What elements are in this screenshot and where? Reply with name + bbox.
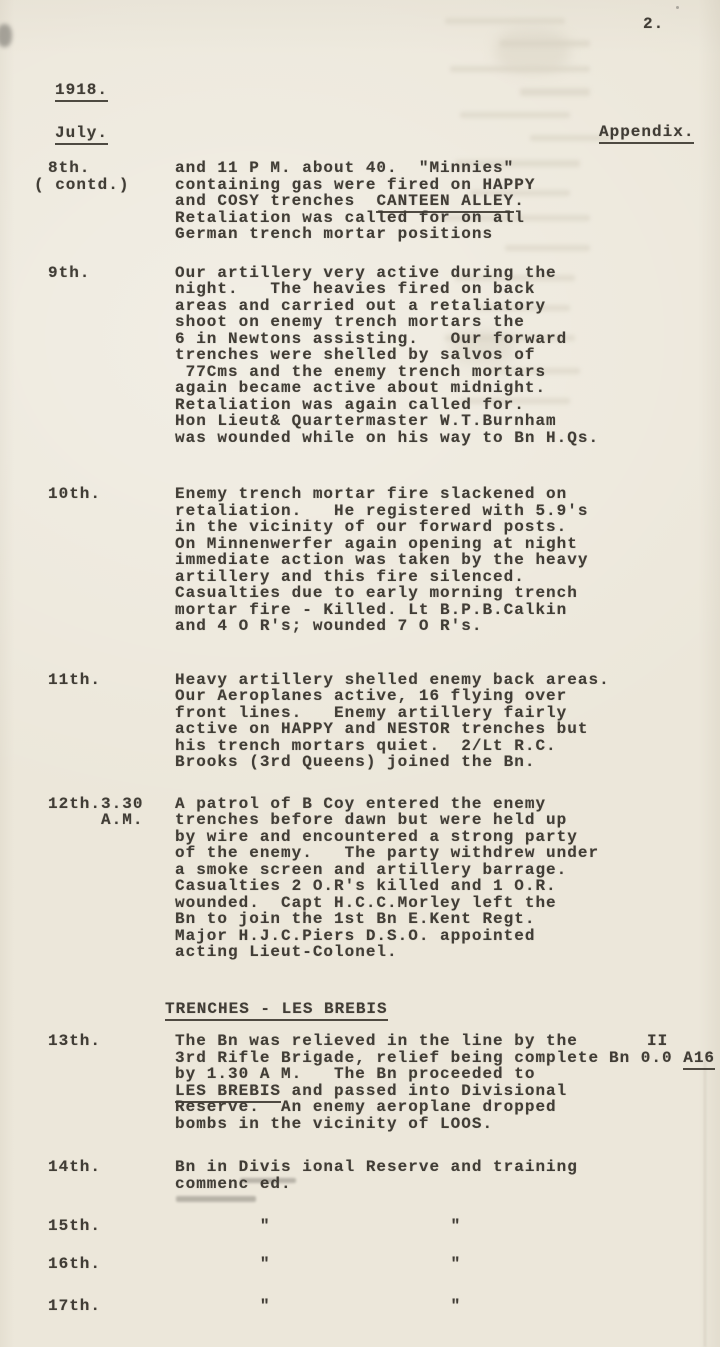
month-heading: July. [55,124,108,145]
diary-entries: 8th.( contd.)and 11 P M. about 40. "Minn… [0,160,720,1315]
entry-line: mortar fire - Killed. Lt B.P.B.Calkin [175,602,720,619]
entry-line: Casualties 2 O.R's killed and 1 O.R. [175,878,720,895]
entry-line: Major H.J.C.Piers D.S.O. appointed [175,928,720,945]
entry-line: and COSY trenches CANTEEN ALLEY. [175,193,720,210]
entry-line: Heavy artillery shelled enemy back areas… [175,672,720,689]
entry-body: Our artillery very active during thenigh… [175,265,720,447]
entry-line: artillery and this fire silenced. [175,569,720,586]
entry-line: " " [175,1218,720,1235]
show-through-artifact [445,18,565,24]
entry-line: by wire and encountered a strong party [175,829,720,846]
entry-body: " " [175,1256,720,1273]
show-through-artifact [530,135,610,141]
entry-line: " " [175,1256,720,1273]
entry-date: 15th. [0,1218,175,1235]
entry-line: 6 in Newtons assisting. Our forward [175,331,720,348]
entry-row: 17th. " " [0,1298,720,1315]
entry-date: 17th. [0,1298,175,1315]
entry-date: 12th.3.30 A.M. [0,796,175,829]
entry-line: trenches before dawn but were held up [175,812,720,829]
entry-date-line: 11th. [48,672,175,689]
entry-line: Retaliation was called for on all [175,210,720,227]
entry-date: 8th.( contd.) [0,160,175,193]
entry-line: 77Cms and the enemy trench mortars [175,364,720,381]
page-number: 2. [643,16,664,33]
entry-line: was wounded while on his way to Bn H.Qs. [175,430,720,447]
entry-row: 13th.The Bn was relieved in the line by … [0,1033,720,1132]
show-through-artifact [450,66,590,72]
entry-line: his trench mortars quiet. 2/Lt R.C. [175,738,720,755]
entry-line: Reserve. An enemy aeroplane dropped [175,1099,720,1116]
entry-line: by 1.30 A M. The Bn proceeded to [175,1066,720,1083]
entry-body: " " [175,1218,720,1235]
entry-line: acting Lieut-Colonel. [175,944,720,961]
entry-line: Bn in Divis ional Reserve and training [175,1159,720,1176]
entry-line: immediate action was taken by the heavy [175,552,720,569]
entry-date-line: 13th. [48,1033,175,1050]
entry-line: again became active about midnight. [175,380,720,397]
entry-date: 14th. [0,1159,175,1176]
entry-row: 9th.Our artillery very active during the… [0,265,720,447]
show-through-artifact [500,40,590,47]
appendix-label: Appendix. [599,123,694,144]
entry-row: 15th. " " [0,1218,720,1235]
entry-line: Brooks (3rd Queens) joined the Bn. [175,754,720,771]
show-through-artifact [520,88,590,96]
entry-date: 16th. [0,1256,175,1273]
entry-date: 9th. [0,265,175,282]
section-heading-row: TRENCHES - LES BREBIS [0,1001,720,1018]
entry-date-line: ( contd.) [34,177,175,194]
entry-line: in the vicinity of our forward posts. [175,519,720,536]
entry-line: bombs in the vicinity of LOOS. [175,1116,720,1133]
entry-line: " " [175,1298,720,1315]
entry-row: 14th.Bn in Divis ional Reserve and train… [0,1159,720,1192]
entry-date-line: 16th. [48,1256,175,1273]
section-heading: TRENCHES - LES BREBIS [165,1000,388,1021]
entry-row: 11th.Heavy artillery shelled enemy back … [0,672,720,771]
show-through-artifact [495,28,570,73]
entry-line: and 11 P M. about 40. "Minnies" [175,160,720,177]
entry-date: 13th. [0,1033,175,1050]
entry-date-line: 10th. [48,486,175,503]
entry-line: containing gas were fired on HAPPY [175,177,720,194]
entry-line: Enemy trench mortar fire slackened on [175,486,720,503]
entry-line: Our Aeroplanes active, 16 flying over [175,688,720,705]
entry-line: German trench mortar positions [175,226,720,243]
margin-note-reference: A16 [683,1049,715,1070]
scan-edge-mark [0,24,12,47]
entry-line: and 4 O R's; wounded 7 O R's. [175,618,720,635]
entry-line: areas and carried out a retaliatory [175,298,720,315]
entry-date-line: 8th. [48,160,175,177]
entry-line: of the enemy. The party withdrew under [175,845,720,862]
entry-date-line: 12th.3.30 [48,796,175,813]
entry-line: wounded. Capt H.C.C.Morley left the [175,895,720,912]
entry-line: LES BREBIS and passed into Divisional [175,1083,720,1100]
entry-row: 8th.( contd.)and 11 P M. about 40. "Minn… [0,160,720,243]
entry-row: 10th.Enemy trench mortar fire slackened … [0,486,720,635]
entry-date-line: 9th. [48,265,175,282]
entry-body: Heavy artillery shelled enemy back areas… [175,672,720,771]
entry-body: " " [175,1298,720,1315]
entry-body: A patrol of B Coy entered the enemytrenc… [175,796,720,961]
entry-body: Enemy trench mortar fire slackened onret… [175,486,720,635]
entry-line: On Minnenwerfer again opening at night [175,536,720,553]
entry-line: Retaliation was again called for. [175,397,720,414]
entry-line: shoot on enemy trench mortars the [175,314,720,331]
margin-note-line2: Bn 0.0 A16 [609,1050,715,1067]
entry-line: commenc ed. [175,1176,720,1193]
margin-note-line1: II [609,1033,715,1050]
entry-date: 10th. [0,486,175,503]
entry-line: retaliation. He registered with 5.9's [175,503,720,520]
entry-line: A patrol of B Coy entered the enemy [175,796,720,813]
show-through-artifact [460,112,570,118]
entry-line: Our artillery very active during the [175,265,720,282]
entry-line: trenches were shelled by salvos of [175,347,720,364]
entry-line: a smoke screen and artillery barrage. [175,862,720,879]
document-page: 2. 1918. July. Appendix. 8th.( contd.)an… [0,0,720,1347]
entry-row: 12th.3.30 A.M.A patrol of B Coy entered … [0,796,720,961]
entry-body: and 11 P M. about 40. "Minnies"containin… [175,160,720,243]
margin-note: IIBn 0.0 A16 [609,1033,715,1066]
entry-line: Casualties due to early morning trench [175,585,720,602]
entry-date: 11th. [0,672,175,689]
entry-date-line: A.M. [48,812,175,829]
entry-date-line: 14th. [48,1159,175,1176]
entry-row: 16th. " " [0,1256,720,1273]
entry-line: night. The heavies fired on back [175,281,720,298]
entry-body: Bn in Divis ional Reserve and trainingco… [175,1159,720,1192]
entry-line: Bn to join the 1st Bn E.Kent Regt. [175,911,720,928]
scan-speck [676,6,679,9]
entry-date-line: 17th. [48,1298,175,1315]
year-heading: 1918. [55,81,108,102]
entry-date-line: 15th. [48,1218,175,1235]
entry-line: active on HAPPY and NESTOR trenches but [175,721,720,738]
entry-line: Hon Lieut& Quartermaster W.T.Burnham [175,413,720,430]
entry-line: front lines. Enemy artillery fairly [175,705,720,722]
